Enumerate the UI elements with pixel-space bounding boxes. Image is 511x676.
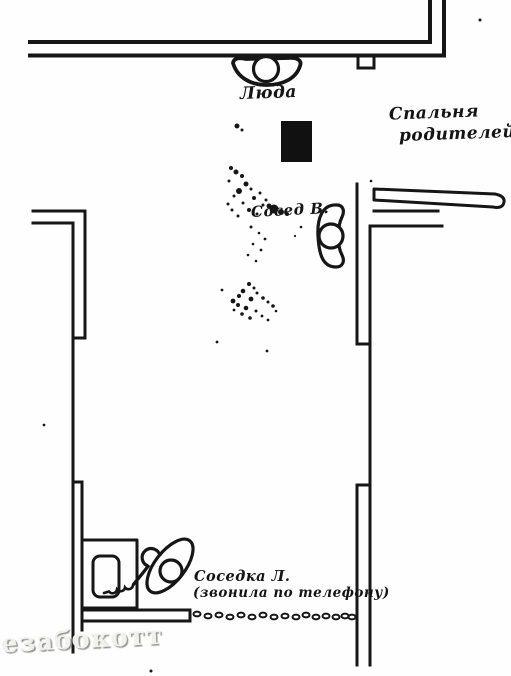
- label-parents-bedroom-line2: родителей: [399, 124, 511, 146]
- bench: [84, 610, 190, 621]
- label-neighbor-l: Соседка Л.: [194, 569, 290, 584]
- label-victim: Люда: [240, 84, 297, 104]
- open-door-leaf: [374, 189, 504, 207]
- left-wall: [33, 211, 85, 652]
- label-neighbor-l-note: (звонила по телефону): [193, 586, 390, 600]
- neighbor-l-figure: [133, 532, 202, 601]
- black-object: [281, 121, 312, 162]
- telephone-table: [82, 540, 137, 608]
- label-parents-bedroom-line1: Спальня: [389, 103, 480, 124]
- footprint-dotted-trail: [194, 612, 356, 620]
- top-wall: [30, 0, 444, 56]
- crime-scene-sketch: Люда Спальня родителей Сосед В. Соседка …: [0, 0, 511, 676]
- door-stub: [358, 56, 374, 68]
- victim-body-figure: [233, 57, 301, 86]
